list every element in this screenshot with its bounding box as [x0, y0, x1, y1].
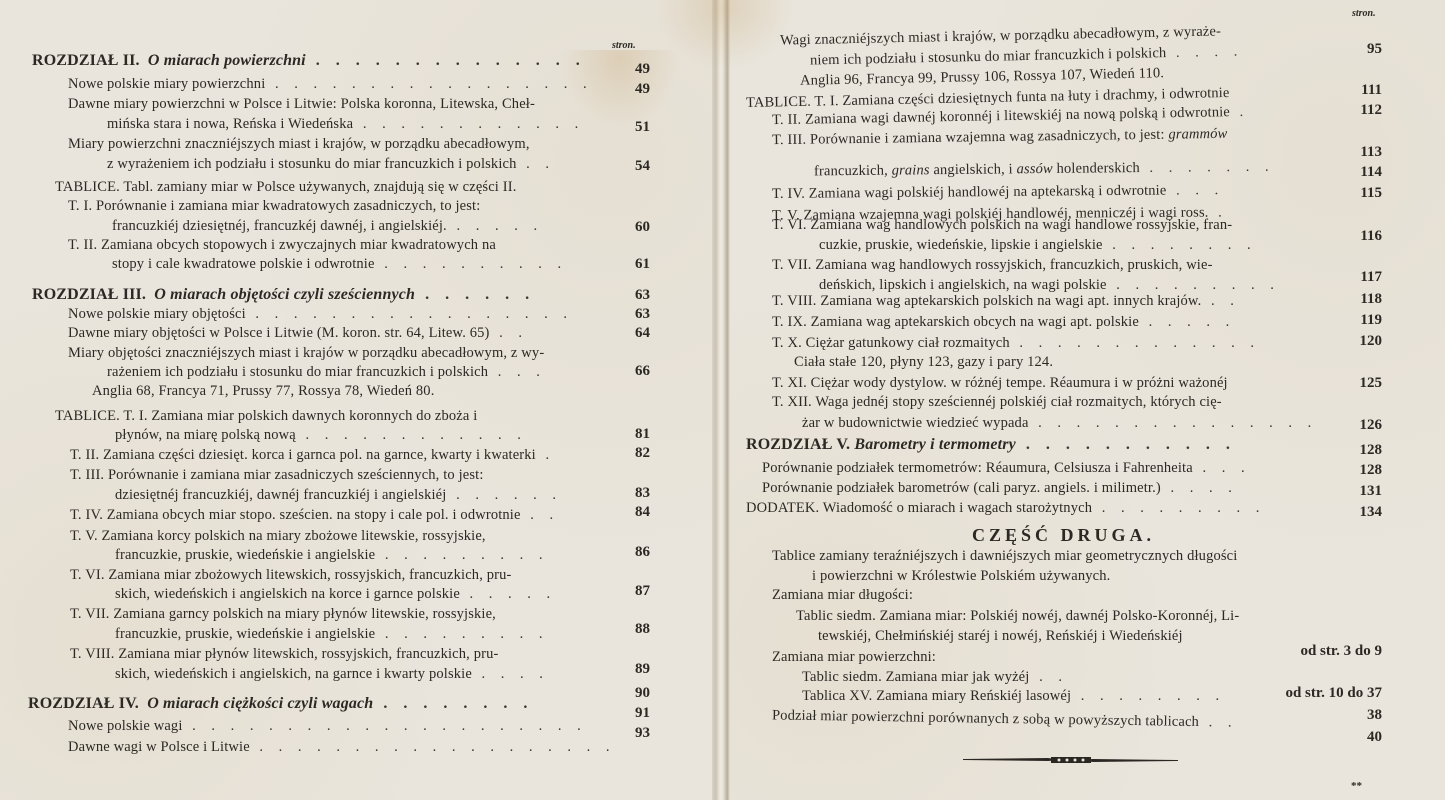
page-number: 117 [1344, 268, 1382, 286]
page-number: 88 [620, 620, 650, 638]
page-number: 111 [1344, 81, 1382, 99]
part-two-title: CZĘŚĆ DRUGA. [972, 525, 1155, 546]
page-number: 86 [620, 543, 650, 561]
toc-entry: Dawne miary objętości w Polsce i Litwie … [68, 324, 528, 342]
toc-entry: mińska stara i nowa, Reńska i Wiedeńska … [107, 115, 584, 133]
toc-entry: francuzkich, grains angielskich, i assów… [814, 158, 1275, 181]
page-number: 49 [620, 60, 650, 78]
page-number: 51 [620, 118, 650, 136]
toc-entry: T. I. Porównanie i zamiana miar kwadrato… [68, 197, 480, 215]
page-number: 95 [1352, 40, 1382, 58]
toc-entry: Tablic siedm. Zamiana miar jak wyżéj . . [802, 668, 1068, 686]
toc-entry: stopy i cale kwadratowe polskie i odwrot… [112, 255, 567, 273]
toc-entry: francuzkiéj dziesiętnéj, francuzkéj dawn… [112, 217, 543, 235]
page-number: 64 [620, 324, 650, 342]
toc-entry: tewskiéj, Chełmińskiéj staréj i nowéj, R… [818, 627, 1183, 645]
page-number: 84 [620, 503, 650, 521]
toc-entry: Nowe polskie miary powierzchni . . . . .… [68, 75, 593, 93]
toc-entry: Porównanie podziałek termometrów: Réaumu… [762, 459, 1251, 477]
page-number: 81 [620, 425, 650, 443]
page-number: 126 [1344, 416, 1382, 434]
toc-entry: Tablic siedm. Zamiana miar: Polskiéj now… [796, 607, 1239, 625]
toc-entry: T. II. Zamiana obcych stopowych i zwycza… [68, 236, 496, 254]
page-column-label: stron. [1352, 8, 1376, 19]
toc-entry: skich, wiedeńskich i angielskich na korc… [115, 585, 556, 603]
signature-mark: ** [1351, 780, 1362, 792]
page-number: 91 [620, 704, 650, 722]
toc-entry: T. V. Zamiana korcy polskich na miary zb… [70, 527, 486, 545]
chapter-heading: ROZDZIAŁ IV. O miarach ciężkości czyli w… [28, 695, 533, 713]
page-range: od str. 10 do 37 [1234, 684, 1382, 702]
toc-entry: Podział miar powierzchni porównanych z s… [772, 706, 1238, 731]
right-page: stron. Wagi znaczniéjszych miast i krajó… [722, 0, 1445, 800]
page-number: 82 [620, 444, 650, 462]
chapter-heading: ROZDZIAŁ II. O miarach powierzchni . . .… [32, 52, 586, 70]
book-gutter [712, 0, 730, 800]
toc-entry: T. VI. Zamiana wag handlowych polskich n… [772, 216, 1232, 234]
page-number: 63 [620, 286, 650, 304]
toc-entry: Zamiana miar powierzchni: [772, 648, 936, 666]
toc-entry: i powierzchni w Królestwie Polskiém używ… [812, 567, 1110, 585]
toc-entry: TABLICE. T. I. Zamiana miar polskich daw… [55, 407, 477, 425]
page-number: 90 [620, 684, 650, 702]
water-stain [655, 0, 795, 70]
toc-entry: Tablica XV. Zamiana miary Reńskiéj lasow… [802, 687, 1225, 705]
page-number: 38 [1344, 706, 1382, 724]
page-number: 60 [620, 218, 650, 236]
ornament-divider-icon [963, 755, 1178, 765]
page-number: 128 [1344, 461, 1382, 479]
toc-entry: dziesiętnéj francuzkiéj, dawnéj francuzk… [115, 486, 562, 504]
toc-entry: rażeniem ich podziału i stosunku do miar… [107, 363, 546, 381]
toc-entry: Dawne miary powierzchni w Polsce i Litwi… [68, 95, 535, 113]
toc-entry: T. X. Ciężar gatunkowy ciał rozmaitych .… [772, 334, 1260, 352]
toc-entry: Miary powierzchni znaczniéjszych miast i… [68, 135, 530, 153]
toc-entry: T. III. Porównanie i zamiana wzajemna wa… [772, 125, 1228, 149]
page-number: 131 [1344, 482, 1382, 500]
page-number: 134 [1344, 503, 1382, 521]
toc-entry: T. XII. Waga jednéj stopy sześciennéj po… [772, 393, 1222, 411]
toc-entry: żar w budownictwie wiedzieć wypada . . .… [802, 414, 1317, 432]
toc-entry: T. IV. Zamiana obcych miar stopo. sześci… [70, 506, 559, 524]
toc-entry: T. VII. Zamiana wag handlowych rossyjski… [772, 256, 1213, 274]
page-number: 119 [1344, 311, 1382, 329]
page-column-label: stron. [612, 40, 636, 51]
page-number: 83 [620, 484, 650, 502]
toc-entry: francuzkie, pruskie, wiedeńskie i angiel… [115, 625, 549, 643]
toc-entry: z wyrażeniem ich podziału i stosunku do … [107, 155, 555, 173]
toc-entry: T. VII. Zamiana garncy polskich na miary… [70, 605, 496, 623]
toc-entry: Dawne wagi w Polsce i Litwie . . . . . .… [68, 738, 616, 756]
page-number: 112 [1344, 101, 1382, 119]
page-number: 118 [1344, 290, 1382, 308]
toc-entry: Nowe polskie miary objętości . . . . . .… [68, 305, 573, 323]
toc-entry: skich, wiedeńskich i angielskich, na gar… [115, 665, 549, 683]
toc-entry: DODATEK. Wiadomość o miarach i wagach st… [746, 499, 1265, 517]
toc-entry: T. XI. Ciężar wody dystylow. w różnéj te… [772, 374, 1228, 392]
toc-entry: TABLICE. Tabl. zamiany miar w Polsce uży… [55, 178, 516, 196]
left-page: stron. ROZDZIAŁ II. O miarach powierzchn… [0, 0, 718, 800]
toc-entry: Ciała stałe 120, płyny 123, gazy i pary … [794, 353, 1053, 371]
toc-entry: Nowe polskie wagi . . . . . . . . . . . … [68, 717, 587, 735]
page-number: 113 [1344, 143, 1382, 161]
page-number: 61 [620, 255, 650, 273]
page-number: 116 [1344, 227, 1382, 245]
toc-entry: Porównanie podziałek barometrów (cali pa… [762, 479, 1238, 497]
toc-entry: cuzkie, pruskie, wiedeńskie, lipskie i a… [819, 236, 1257, 254]
toc-entry: T. IV. Zamiana wagi polskiéj handlowéj n… [772, 181, 1224, 203]
toc-entry: Anglia 68, Francya 71, Prussy 77, Rossya… [92, 382, 434, 400]
page-number: 87 [620, 582, 650, 600]
page-number: 54 [620, 157, 650, 175]
page-range: od str. 3 do 9 [1254, 642, 1382, 660]
page-number: 40 [1344, 728, 1382, 746]
page-number: 93 [620, 724, 650, 742]
toc-entry: Zamiana miar długości: [772, 586, 913, 604]
page-number: 66 [620, 362, 650, 380]
toc-entry: T. VI. Zamiana miar zbożowych litewskich… [70, 566, 512, 584]
chapter-heading: ROZDZIAŁ V. Barometry i termometry . . .… [746, 436, 1236, 454]
page-number: 115 [1344, 184, 1382, 202]
page-number: 89 [620, 660, 650, 678]
page-number: 114 [1344, 163, 1382, 181]
chapter-heading: ROZDZIAŁ III. O miarach objętości czyli … [32, 286, 535, 304]
toc-entry: T. VIII. Zamiana wag aptekarskich polski… [772, 292, 1240, 310]
toc-entry: płynów, na miarę polską nową . . . . . .… [115, 426, 527, 444]
page-number: 120 [1344, 332, 1382, 350]
toc-entry: Tablice zamiany teraźniéjszych i dawniéj… [772, 547, 1237, 565]
toc-entry: T. III. Porównanie i zamiana miar zasadn… [70, 466, 484, 484]
page-number: 63 [620, 305, 650, 323]
toc-entry: T. II. Zamiana części dziesięt. korca i … [70, 446, 555, 464]
toc-entry: Miary objętości znaczniéjszych miast i k… [68, 344, 544, 362]
page-number: 125 [1344, 374, 1382, 392]
toc-entry: francuzkie, pruskie, wiedeńskie i angiel… [115, 546, 549, 564]
toc-entry: T. IX. Zamiana wag aptekarskich obcych n… [772, 313, 1235, 331]
page-number: 128 [1344, 441, 1382, 459]
page-number: 49 [620, 80, 650, 98]
toc-entry: T. VIII. Zamiana miar płynów litewskich,… [70, 645, 498, 663]
